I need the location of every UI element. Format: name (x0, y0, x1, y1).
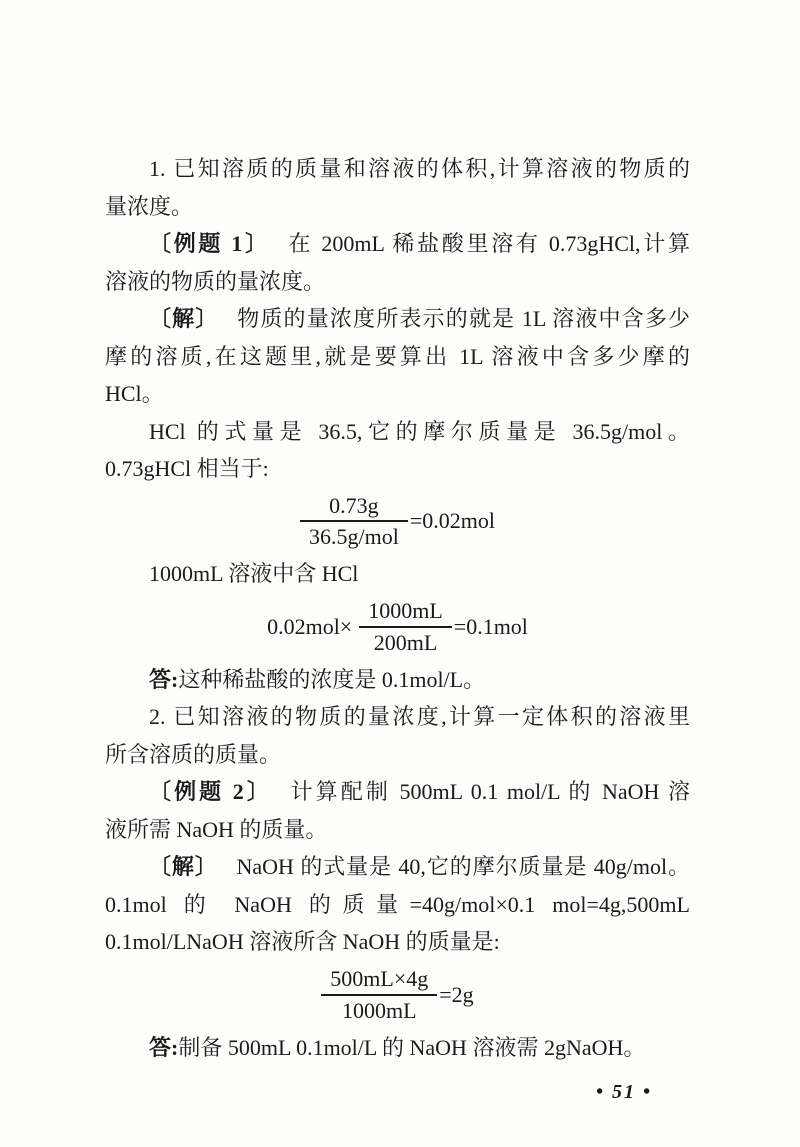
formula-result: =0.1mol (454, 614, 528, 640)
solution-2-text: NaOH 的式量是 40,它的摩尔质量是 40g/mol。 (236, 854, 690, 879)
text-line: 答:这种稀盐酸的浓度是 0.1mol/L。 (105, 661, 690, 699)
paragraph-answer-1: 答:这种稀盐酸的浓度是 0.1mol/L。 (105, 661, 690, 699)
text-line: 所含溶质的质量。 (105, 736, 690, 774)
solution-1-label: 〔解〕 (149, 306, 219, 331)
formula-moles-of-hcl: 0.73g 36.5g/mol =0.02mol (105, 493, 690, 551)
fraction: 500mL×4g 1000mL (321, 966, 437, 1024)
text-line: 1000mL 溶液中含 HCl (105, 555, 690, 593)
example-2-text: 计算配制 500mL 0.1 mol/L 的 NaOH 溶 (291, 779, 690, 804)
paragraph-per-1000ml: 1000mL 溶液中含 HCl (105, 555, 690, 593)
paragraph-example-2: 〔例题 2〕计算配制 500mL 0.1 mol/L 的 NaOH 溶 液所需 … (105, 773, 690, 848)
example-1-text: 在 200mL 稀盐酸里溶有 0.73gHCl,计算 (288, 231, 690, 256)
fraction-numerator: 500mL×4g (321, 966, 437, 996)
fraction-denominator: 1000mL (321, 996, 437, 1024)
answer-1-label: 答: (149, 667, 178, 692)
formula-result: =2g (439, 982, 473, 1008)
paragraph-solution-2: 〔解〕NaOH 的式量是 40,它的摩尔质量是 40g/mol。 0.1mol … (105, 848, 690, 961)
text-line: 〔解〕NaOH 的式量是 40,它的摩尔质量是 40g/mol。 (105, 848, 690, 886)
text-line: 溶液的物质的量浓度。 (105, 263, 690, 301)
answer-2-label: 答: (149, 1035, 178, 1060)
fraction: 0.73g 36.5g/mol (300, 493, 408, 551)
text-line: 液所需 NaOH 的质量。 (105, 811, 690, 849)
formula-scale-to-liter: 0.02mol× 1000mL 200mL =0.1mol (105, 598, 690, 656)
text-line: 1. 已知溶质的质量和溶液的体积,计算溶液的物质的 (105, 150, 690, 188)
paragraph-point-2: 2. 已知溶液的物质的量浓度,计算一定体积的溶液里 所含溶质的质量。 (105, 698, 690, 773)
formula-prefix: 0.02mol× (267, 614, 352, 640)
text-line: 答:制备 500mL 0.1mol/L 的 NaOH 溶液需 2gNaOH。 (105, 1029, 690, 1067)
paragraph-answer-2: 答:制备 500mL 0.1mol/L 的 NaOH 溶液需 2gNaOH。 (105, 1029, 690, 1067)
fraction: 1000mL 200mL (359, 598, 452, 656)
answer-1-text: 这种稀盐酸的浓度是 0.1mol/L。 (178, 667, 485, 692)
example-2-label: 〔例题 2〕 (149, 779, 272, 804)
paragraph-example-1: 〔例题 1〕在 200mL 稀盐酸里溶有 0.73gHCl,计算 溶液的物质的量… (105, 225, 690, 300)
text-line: 0.1mol 的 NaOH 的质量=40g/mol×0.1 mol=4g,500… (105, 886, 690, 924)
text-line: 〔解〕物质的量浓度所表示的就是 1L 溶液中含多少 (105, 300, 690, 338)
text-line: HCl。 (105, 375, 690, 413)
paragraph-solution-1: 〔解〕物质的量浓度所表示的就是 1L 溶液中含多少 摩的溶质,在这题里,就是要算… (105, 300, 690, 413)
text-line: 〔例题 2〕计算配制 500mL 0.1 mol/L 的 NaOH 溶 (105, 773, 690, 811)
solution-1-text: 物质的量浓度所表示的就是 1L 溶液中含多少 (237, 306, 690, 331)
answer-2-text: 制备 500mL 0.1mol/L 的 NaOH 溶液需 2gNaOH。 (178, 1035, 645, 1060)
fraction-numerator: 1000mL (359, 598, 452, 628)
text-line: 0.1mol/LNaOH 溶液所含 NaOH 的质量是: (105, 923, 690, 961)
text-line: 2. 已知溶液的物质的量浓度,计算一定体积的溶液里 (105, 698, 690, 736)
paragraph-hcl-molar-mass: HCl 的式量是 36.5,它的摩尔质量是 36.5g/mol。 0.73gHC… (105, 413, 690, 488)
text-line: 0.73gHCl 相当于: (105, 450, 690, 488)
fraction-denominator: 200mL (359, 628, 452, 656)
example-1-label: 〔例题 1〕 (149, 231, 270, 256)
textbook-page: 1. 已知溶质的质量和溶液的体积,计算溶液的物质的 量浓度。 〔例题 1〕在 2… (0, 0, 800, 1147)
solution-2-label: 〔解〕 (149, 854, 218, 879)
text-line: 量浓度。 (105, 188, 690, 226)
formula-result: =0.02mol (410, 508, 495, 534)
text-line: 摩的溶质,在这题里,就是要算出 1L 溶液中含多少摩的 (105, 338, 690, 376)
paragraph-point-1: 1. 已知溶质的质量和溶液的体积,计算溶液的物质的 量浓度。 (105, 150, 690, 225)
page-number: • 51 • (105, 1081, 690, 1104)
text-line: HCl 的式量是 36.5,它的摩尔质量是 36.5g/mol。 (105, 413, 690, 451)
fraction-denominator: 36.5g/mol (300, 522, 408, 550)
text-line: 〔例题 1〕在 200mL 稀盐酸里溶有 0.73gHCl,计算 (105, 225, 690, 263)
formula-naoh-mass: 500mL×4g 1000mL =2g (105, 966, 690, 1024)
fraction-numerator: 0.73g (300, 493, 408, 523)
